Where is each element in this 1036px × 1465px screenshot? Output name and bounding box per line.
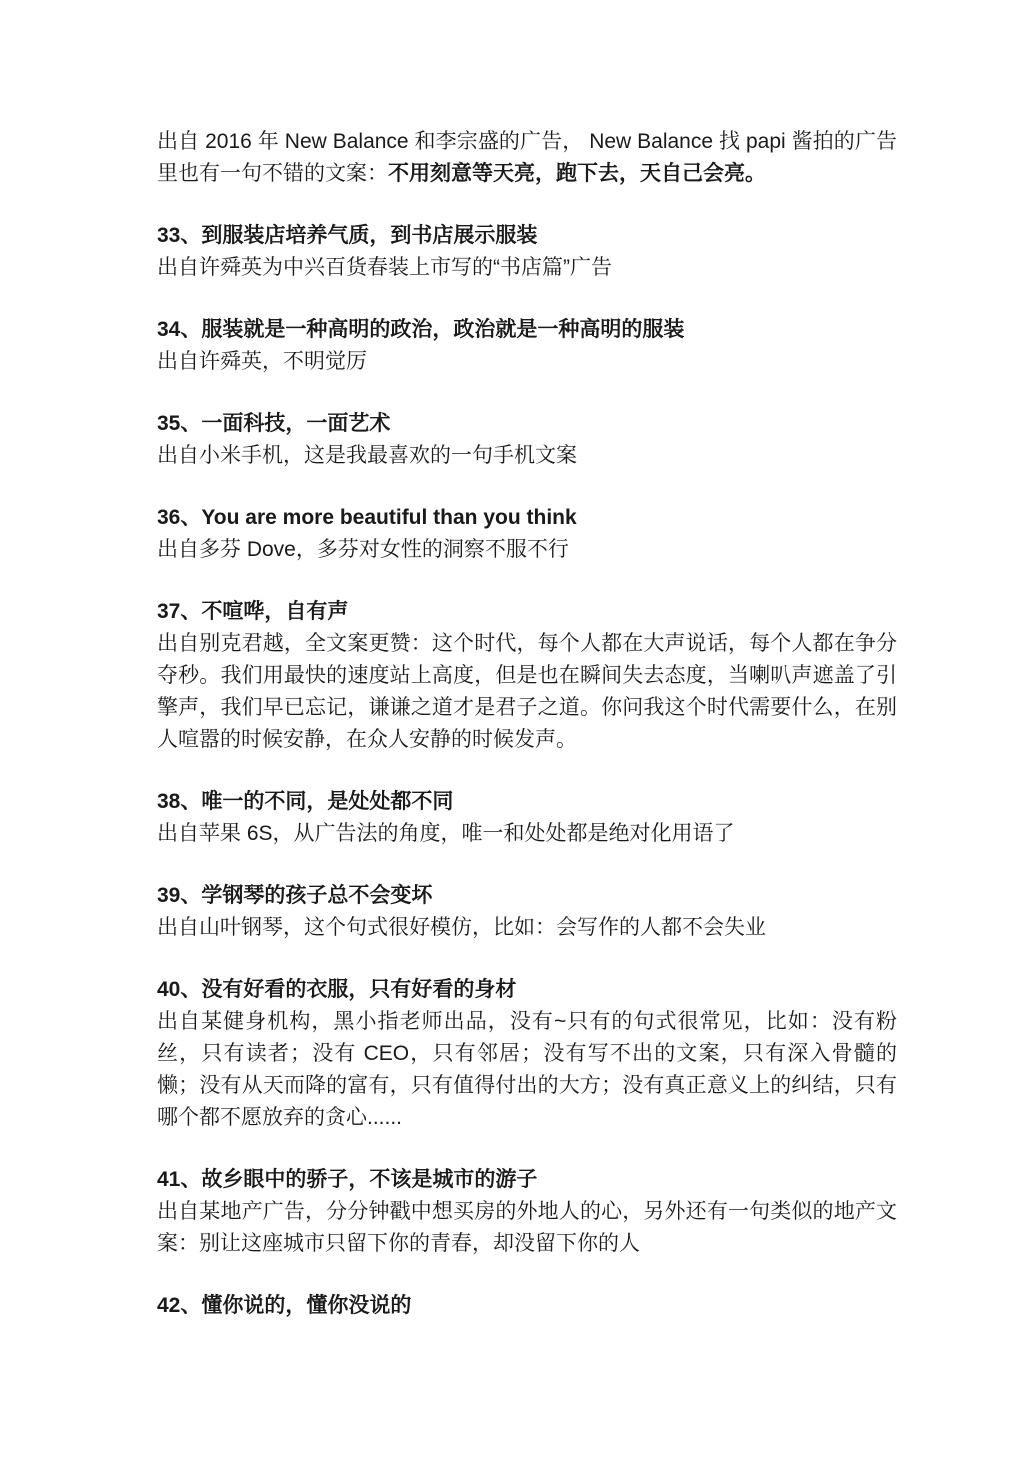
list-item-41: 41、故乡眼中的骄子，不该是城市的游子 出自某地产广告，分分钟戳中想买房的外地人… [157,1164,897,1260]
intro-highlight-text: 不用刻意等天亮，跑下去，天自己会亮。 [388,162,766,185]
list-item-38: 38、唯一的不同，是处处都不同 出自苹果 6S，从广告法的角度，唯一和处处都是绝… [157,786,897,850]
item-34-description: 出自许舜英，不明觉厉 [157,346,897,378]
item-35-description: 出自小米手机，这是我最喜欢的一句手机文案 [157,440,897,472]
item-33-description: 出自许舜英为中兴百货春装上市写的“书店篇”广告 [157,252,897,284]
list-item-42: 42、懂你说的，懂你没说的 [157,1290,897,1322]
item-41-description: 出自某地产广告，分分钟戳中想买房的外地人的心，另外还有一句类似的地产文案：别让这… [157,1196,897,1260]
item-42-heading: 42、懂你说的，懂你没说的 [157,1290,897,1322]
item-36-heading: 36、You are more beautiful than you think [157,502,897,534]
item-40-heading: 40、没有好看的衣服，只有好看的身材 [157,974,897,1006]
list-item-33: 33、到服装店培养气质，到书店展示服装 出自许舜英为中兴百货春装上市写的“书店篇… [157,220,897,284]
item-38-description: 出自苹果 6S，从广告法的角度，唯一和处处都是绝对化用语了 [157,818,897,850]
list-item-37: 37、不喧哗，自有声 出自别克君越，全文案更赞：这个时代，每个人都在大声说话，每… [157,596,897,756]
list-item-40: 40、没有好看的衣服，只有好看的身材 出自某健身机构，黑小指老师出品，没有~只有… [157,974,897,1134]
item-34-heading: 34、服装就是一种高明的政治，政治就是一种高明的服装 [157,314,897,346]
item-36-description: 出自多芬 Dove，多芬对女性的洞察不服不行 [157,534,897,566]
list-item-39: 39、学钢琴的孩子总不会变坏 出自山叶钢琴，这个句式很好模仿，比如：会写作的人都… [157,880,897,944]
item-41-heading: 41、故乡眼中的骄子，不该是城市的游子 [157,1164,897,1196]
item-37-heading: 37、不喧哗，自有声 [157,596,897,628]
item-35-heading: 35、一面科技，一面艺术 [157,408,897,440]
list-item-34: 34、服装就是一种高明的政治，政治就是一种高明的服装 出自许舜英，不明觉厉 [157,314,897,378]
list-item-36: 36、You are more beautiful than you think… [157,502,897,566]
item-38-heading: 38、唯一的不同，是处处都不同 [157,786,897,818]
list-item-35: 35、一面科技，一面艺术 出自小米手机，这是我最喜欢的一句手机文案 [157,408,897,472]
intro-paragraph: 出自 2016 年 New Balance 和李宗盛的广告， New Balan… [157,126,897,190]
item-33-heading: 33、到服装店培养气质，到书店展示服装 [157,220,897,252]
item-40-description: 出自某健身机构，黑小指老师出品，没有~只有的句式很常见，比如：没有粉丝，只有读者… [157,1006,897,1134]
item-39-heading: 39、学钢琴的孩子总不会变坏 [157,880,897,912]
document-page: 出自 2016 年 New Balance 和李宗盛的广告， New Balan… [0,0,1036,1465]
item-39-description: 出自山叶钢琴，这个句式很好模仿，比如：会写作的人都不会失业 [157,912,897,944]
item-37-description: 出自别克君越，全文案更赞：这个时代，每个人都在大声说话，每个人都在争分夺秒。我们… [157,628,897,756]
